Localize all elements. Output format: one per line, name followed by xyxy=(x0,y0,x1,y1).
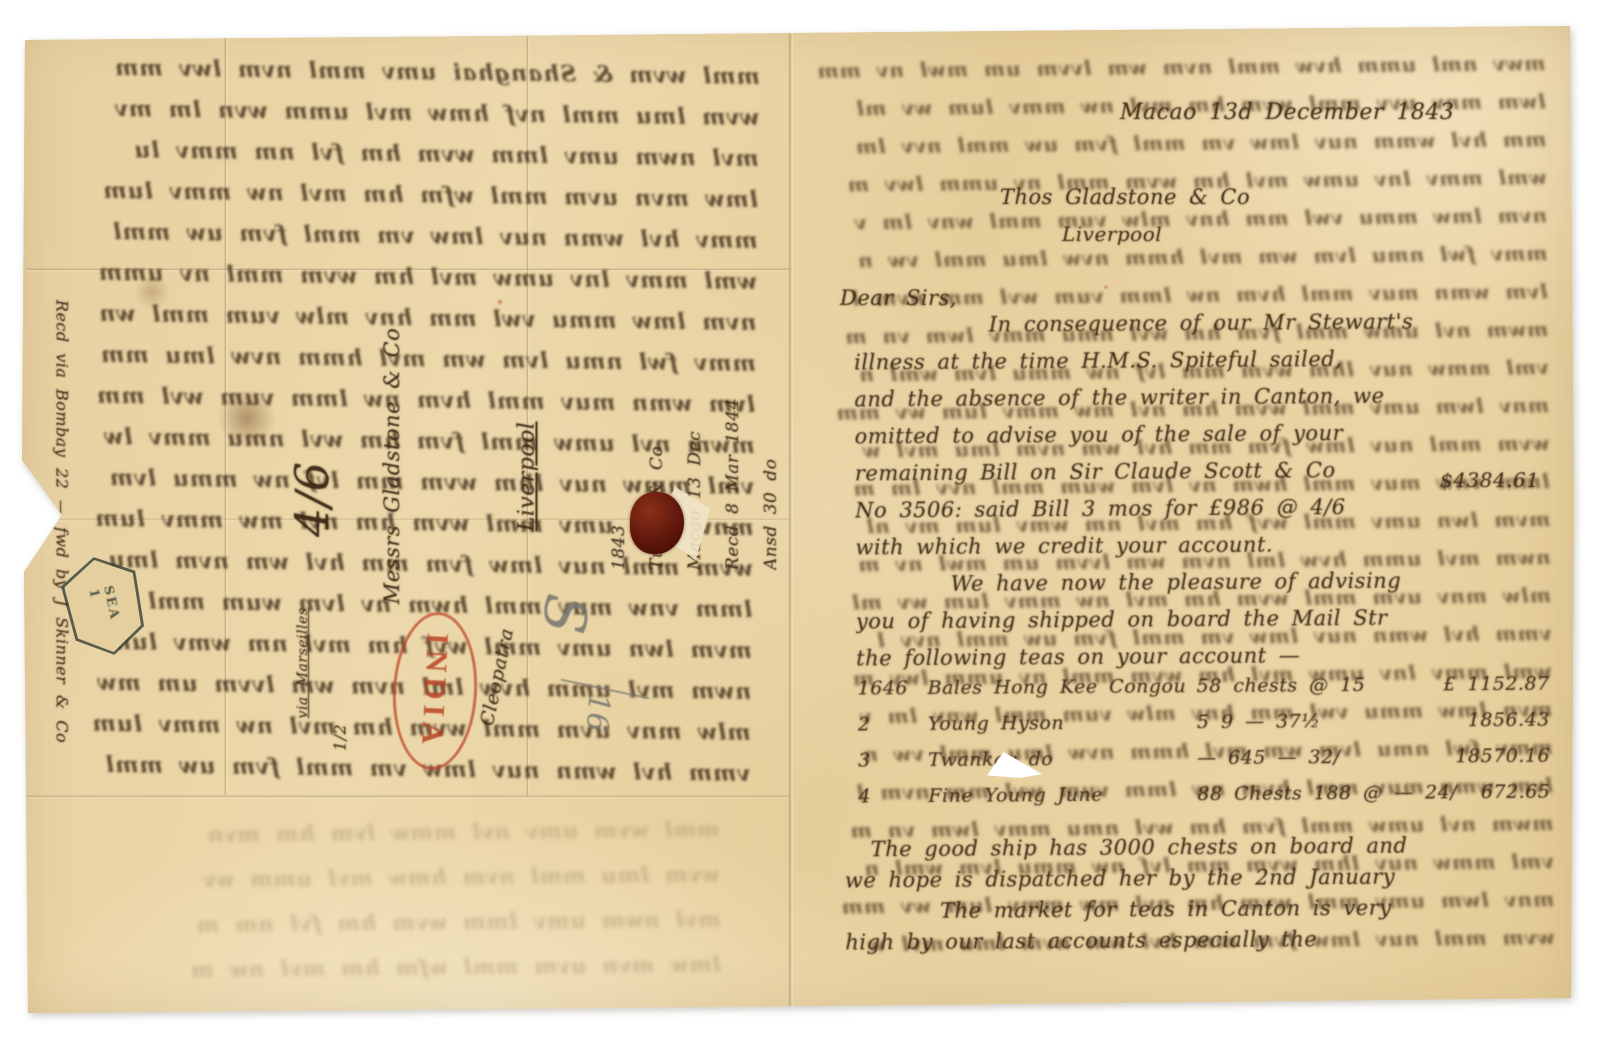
account-row-description: Young Hyson xyxy=(928,704,1197,742)
pencil-mark-s: S xyxy=(529,591,601,638)
pencil-mark-16: 16 xyxy=(578,692,616,733)
postal-rate-mark: 4/6 xyxy=(285,417,339,537)
account-row-amount: 672.65 xyxy=(1432,774,1550,811)
letter-body-line: omitted to advise you of the sale of you… xyxy=(854,414,1554,456)
bleed-line: mvl nwm umv lmm wvm hm fvl nm m xyxy=(60,897,720,949)
letter-closing-line: The good ship has 3000 chests on board a… xyxy=(845,830,1545,866)
bleed-line: wvm lmu mml nvm hmw mvl umm wv xyxy=(60,852,720,904)
account-row-number: 4 xyxy=(858,778,928,814)
letter-body-line: We have now the pleasure of advising xyxy=(856,562,1556,604)
docket-line: Recd 8 Mar 1844 xyxy=(714,280,752,570)
account-row-detail: — 645 — 32/ xyxy=(1197,738,1432,776)
account-row-detail: 5 9 — 37½ xyxy=(1197,702,1432,740)
letter-body-line: No 3506: said Bill 3 mos for £986 @ 4/6 xyxy=(855,488,1555,530)
account-row-amount: 18570.16 xyxy=(1432,738,1550,775)
letter-dateline: Macao 13d December 1843 xyxy=(1120,100,1520,125)
account-row-description: Twankay do xyxy=(928,740,1197,778)
account-row-detail: 58 chests @ 15 xyxy=(1196,666,1431,704)
letter-addressee-city: Liverpool xyxy=(1062,222,1162,246)
letter-closing-line: The market for teas in Canton is very xyxy=(845,892,1545,928)
docket-line: Ansd 30 do xyxy=(752,280,790,570)
tea-account-row: 3 Twankay do — 645 — 32/ 18570.16 xyxy=(858,738,1550,779)
tea-account-table: 1646 Bales Hong Kee Congou 58 chests @ 1… xyxy=(858,666,1551,815)
bill-amount: $4384.61 xyxy=(1440,468,1539,492)
account-row-number: 1646 xyxy=(858,670,928,706)
bleed-line: vmm hvl wmn nuv lmw vm mml fvm uw mml xyxy=(40,744,751,795)
letter-closing-line: we hope is dispatched her by the 2nd Jan… xyxy=(845,861,1545,897)
address-line-recipient: Messrs Gladstone & Co xyxy=(380,301,404,631)
account-row-amount: 1856.43 xyxy=(1432,702,1550,739)
india-stamp-text: INDIA xyxy=(414,632,456,750)
letter-scan: mml wvm & Shanghai umv mml nvm lwv mmwvm… xyxy=(0,0,1600,1038)
account-row-number: 3 xyxy=(858,742,928,778)
forwarding-agent-note: Recd via Bombay 22 — fwd by J Skinner & … xyxy=(53,282,72,762)
letter-body-line: you of having shipped on board the Mail … xyxy=(856,599,1556,641)
letter-body-line: and the absence of the writer in Canton,… xyxy=(854,377,1554,419)
letter-body-line: illness at the time H.M.S. Spiteful sail… xyxy=(854,340,1554,382)
route-endorsement: via Marseilles xyxy=(295,588,311,738)
account-row-description: Bales Hong Kee Congou xyxy=(928,668,1197,706)
account-row-detail: 88 Chests 188 @ — 24/ xyxy=(1197,774,1432,812)
paper-wrapper: mml wvm & Shanghai umv mml nvm lwv mmwvm… xyxy=(0,0,1600,1038)
tea-account-row: 1646 Bales Hong Kee Congou 58 chests @ 1… xyxy=(858,666,1550,707)
letter-closing: The good ship has 3000 chests on board a… xyxy=(845,830,1546,959)
rate-fraction-mark: 1/2 xyxy=(331,713,350,763)
letter-body-line: In consequence of our Mr Stewart's xyxy=(854,303,1554,345)
tea-account-row: 4 Fine Young June 88 Chests 188 @ — 24/ … xyxy=(858,774,1550,815)
letter-addressee: Thos Gladstone & Co xyxy=(1000,185,1250,209)
account-row-description: Fine Young June xyxy=(928,776,1197,814)
bleed-line: lmw mvn uvm mml wfm hm mvl nw m xyxy=(60,942,720,994)
bleedthrough-faint-lower-left: mml wvm umv nvl mmw lvm hm mvnwvm lmu mm… xyxy=(59,807,721,994)
fold-crease-horizontal-lower xyxy=(27,795,789,799)
account-row-number: 2 xyxy=(858,706,928,742)
tea-account-row: 2 Young Hyson 5 9 — 37½ 1856.43 xyxy=(858,702,1550,743)
account-row-amount: £ 1152.87 xyxy=(1431,666,1549,703)
bleed-line: mml wvm umv nvl mmw lvm hm mvn xyxy=(59,807,719,859)
folded-letter-sheet: mml wvm & Shanghai umv mml nvm lwv mmwvm… xyxy=(0,0,1600,1038)
letter-closing-line: high by our last accounts especially the xyxy=(845,923,1545,959)
letter-body-line: with which we credit your account. xyxy=(855,525,1555,567)
